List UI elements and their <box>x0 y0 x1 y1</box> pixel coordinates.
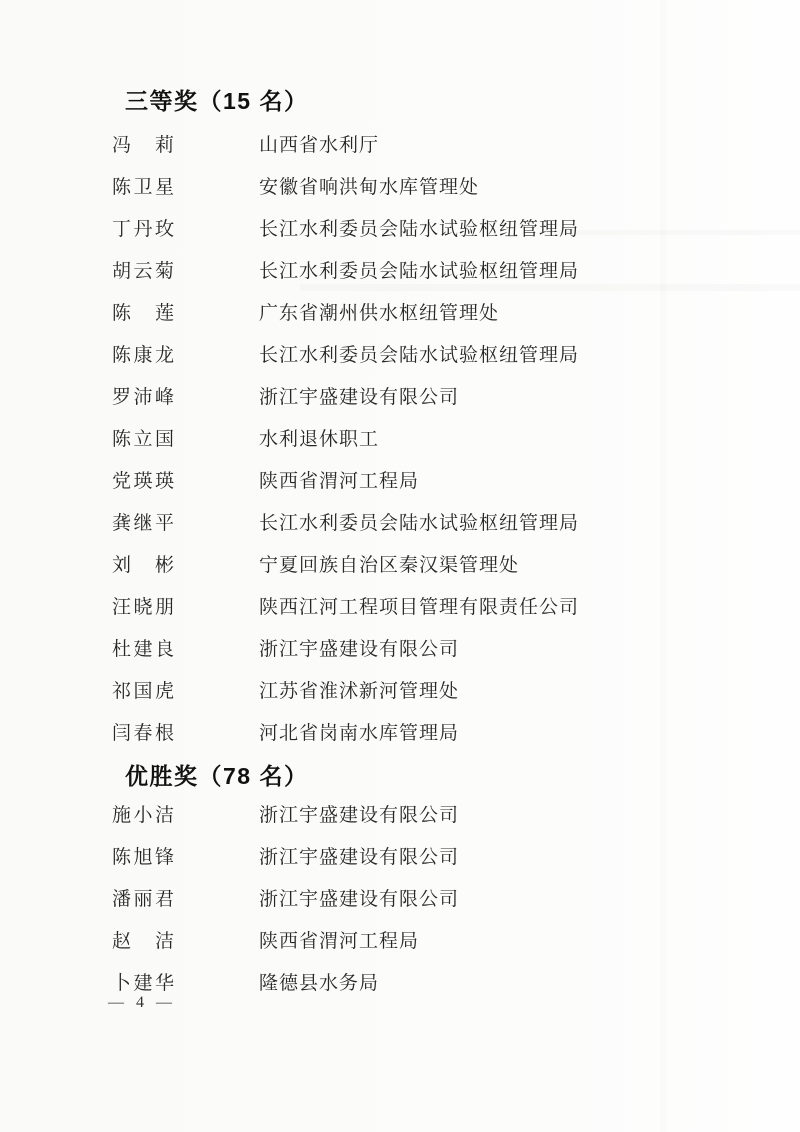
recipient-organization: 长江水利委员会陆水试验枢纽管理局 <box>259 220 579 239</box>
recipient-name: 潘丽君 <box>112 890 177 909</box>
recipient-organization: 长江水利委员会陆水试验枢纽管理局 <box>259 346 579 365</box>
recipient-name: 党瑛瑛 <box>112 472 177 491</box>
scan-artifact <box>300 284 800 291</box>
recipient-organization: 水利退休职工 <box>259 430 379 449</box>
recipient-organization: 陕西江河工程项目管理有限责任公司 <box>259 598 579 617</box>
recipient-name: 陈 莲 <box>112 304 177 323</box>
recipient-name: 陈康龙 <box>112 346 177 365</box>
recipient-organization: 浙江宇盛建设有限公司 <box>259 890 459 909</box>
recipient-organization: 浙江宇盛建设有限公司 <box>259 806 459 825</box>
award-row: 胡云菊 长江水利委员会陆水试验枢纽管理局 <box>0 262 800 284</box>
award-row: 龚继平 长江水利委员会陆水试验枢纽管理局 <box>0 514 800 536</box>
recipient-name: 冯 莉 <box>112 136 177 155</box>
recipient-organization: 河北省岗南水库管理局 <box>259 724 459 743</box>
award-row: 罗沛峰 浙江宇盛建设有限公司 <box>0 388 800 410</box>
recipient-organization: 宁夏回族自治区秦汉渠管理处 <box>259 556 519 575</box>
award-row: 祁国虎 江苏省淮沭新河管理处 <box>0 682 800 704</box>
award-row: 陈卫星 安徽省响洪甸水库管理处 <box>0 178 800 200</box>
recipient-name: 赵 洁 <box>112 932 177 951</box>
recipient-name: 龚继平 <box>112 514 177 533</box>
award-row: 陈立国 水利退休职工 <box>0 430 800 452</box>
recipient-organization: 长江水利委员会陆水试验枢纽管理局 <box>259 514 579 533</box>
recipient-organization: 山西省水利厅 <box>259 136 379 155</box>
award-row: 陈 莲 广东省潮州供水枢纽管理处 <box>0 304 800 326</box>
recipient-name: 丁丹玫 <box>112 220 177 239</box>
award-row: 党瑛瑛 陕西省渭河工程局 <box>0 472 800 494</box>
recipient-organization: 陕西省渭河工程局 <box>259 472 419 491</box>
award-row: 丁丹玫 长江水利委员会陆水试验枢纽管理局 <box>0 220 800 242</box>
award-row: 施小洁 浙江宇盛建设有限公司 <box>0 806 800 828</box>
recipient-organization: 安徽省响洪甸水库管理处 <box>259 178 479 197</box>
award-row: 刘 彬 宁夏回族自治区秦汉渠管理处 <box>0 556 800 578</box>
recipient-name: 刘 彬 <box>112 556 177 575</box>
recipient-organization: 广东省潮州供水枢纽管理处 <box>259 304 499 323</box>
recipient-organization: 隆德县水务局 <box>259 974 379 993</box>
page-number: — 4 — <box>108 995 176 1011</box>
recipient-name: 陈卫星 <box>112 178 177 197</box>
recipient-organization: 浙江宇盛建设有限公司 <box>259 848 459 867</box>
document-page: 三等奖（15 名） 冯 莉 山西省水利厅 陈卫星 安徽省响洪甸水库管理处 丁丹玫… <box>0 0 800 1132</box>
recipient-name: 卜建华 <box>112 974 177 993</box>
section-heading-excellence-award: 优胜奖（78 名） <box>125 765 308 788</box>
recipient-name: 杜建良 <box>112 640 177 659</box>
recipient-name: 陈立国 <box>112 430 177 449</box>
recipient-name: 汪晓朋 <box>112 598 177 617</box>
award-row: 潘丽君 浙江宇盛建设有限公司 <box>0 890 800 912</box>
recipient-name: 施小洁 <box>112 806 177 825</box>
recipient-organization: 浙江宇盛建设有限公司 <box>259 640 459 659</box>
award-row: 陈康龙 长江水利委员会陆水试验枢纽管理局 <box>0 346 800 368</box>
award-row: 陈旭锋 浙江宇盛建设有限公司 <box>0 848 800 870</box>
award-row: 闫春根 河北省岗南水库管理局 <box>0 724 800 746</box>
award-row: 汪晓朋 陕西江河工程项目管理有限责任公司 <box>0 598 800 620</box>
award-row: 卜建华 隆德县水务局 <box>0 974 800 996</box>
award-row: 赵 洁 陕西省渭河工程局 <box>0 932 800 954</box>
recipient-name: 陈旭锋 <box>112 848 177 867</box>
recipient-organization: 浙江宇盛建设有限公司 <box>259 388 459 407</box>
section-heading-third-prize: 三等奖（15 名） <box>125 90 308 113</box>
recipient-name: 闫春根 <box>112 724 177 743</box>
award-row: 冯 莉 山西省水利厅 <box>0 136 800 158</box>
recipient-name: 胡云菊 <box>112 262 177 281</box>
award-row: 杜建良 浙江宇盛建设有限公司 <box>0 640 800 662</box>
recipient-organization: 陕西省渭河工程局 <box>259 932 419 951</box>
recipient-name: 祁国虎 <box>112 682 177 701</box>
recipient-name: 罗沛峰 <box>112 388 177 407</box>
recipient-organization: 长江水利委员会陆水试验枢纽管理局 <box>259 262 579 281</box>
recipient-organization: 江苏省淮沭新河管理处 <box>259 682 459 701</box>
